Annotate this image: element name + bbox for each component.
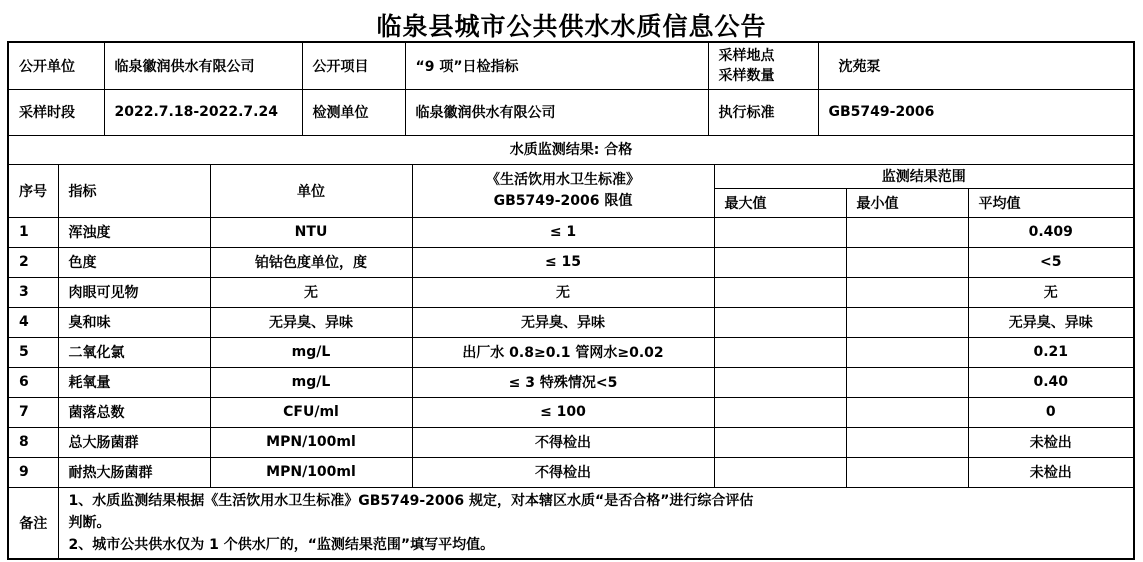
cell-avg: 未检出 [968,427,1133,457]
table-row: 6 耗氧量 mg/L ≤ 3 特殊情况<5 0.40 [9,367,1133,397]
cell-max [714,397,846,427]
cell-limit: ≤ 15 [412,247,714,277]
cell-unit: MPN/100ml [210,427,412,457]
cell-indicator: 耗氧量 [58,367,210,397]
quality-table: 序号 指标 单位 《生活饮用水卫生标准》 GB5749-2006 限值 监测结果… [9,164,1133,488]
cell-min [846,217,968,247]
cell-avg: 0 [968,397,1133,427]
cell-avg: 0.40 [968,367,1133,397]
cell-no: 5 [9,337,58,367]
sampling-point-label: 采样地点 [719,46,818,66]
table-row: 5 二氧化氯 mg/L 出厂水 0.8≥0.1 管网水≥0.02 0.21 [9,337,1133,367]
notes-content: 1、水质监测结果根据《生活饮用水卫生标准》GB5749-2006 规定，对本辖区… [58,488,1133,558]
cell-min [846,277,968,307]
cell-min [846,397,968,427]
cell-avg: 无 [968,277,1133,307]
cell-no: 8 [9,427,58,457]
cell-limit: 不得检出 [412,457,714,487]
info-table: 公开单位 临泉徽润供水有限公司 公开项目 “9 项”日检指标 采样地点 采样数量… [9,43,1133,136]
cell-no: 9 [9,457,58,487]
cell-unit: NTU [210,217,412,247]
sampling-value: 沈苑泵 [818,43,1133,89]
cell-avg: 0.409 [968,217,1133,247]
table-row: 1 浑浊度 NTU ≤ 1 0.409 [9,217,1133,247]
info-row-2: 采样时段 2022.7.18-2022.7.24 检测单位 临泉徽润供水有限公司… [9,89,1133,135]
table-row: 9 耐热大肠菌群 MPN/100ml 不得检出 未检出 [9,457,1133,487]
period-value: 2022.7.18-2022.7.24 [104,89,302,135]
sampling-label: 采样地点 采样数量 [708,43,818,89]
page-title: 临泉县城市公共供水水质信息公告 [0,0,1143,41]
cell-limit: 出厂水 0.8≥0.1 管网水≥0.02 [412,337,714,367]
cell-avg: 未检出 [968,457,1133,487]
table-row: 2 色度 铂钴色度单位，度 ≤ 15 <5 [9,247,1133,277]
standard-value: GB5749-2006 [818,89,1133,135]
sampling-count-label: 采样数量 [719,66,818,86]
header-standard-limit: 《生活饮用水卫生标准》 GB5749-2006 限值 [412,164,714,217]
note-line: 判断。 [69,512,1134,534]
cell-unit: 无异臭、异味 [210,307,412,337]
cell-unit: mg/L [210,367,412,397]
cell-max [714,307,846,337]
cell-no: 2 [9,247,58,277]
cell-min [846,337,968,367]
header-range-group: 监测结果范围 [714,164,1133,188]
cell-avg: 无异臭、异味 [968,307,1133,337]
cell-limit: ≤ 100 [412,397,714,427]
cell-avg: <5 [968,247,1133,277]
cell-unit: CFU/ml [210,397,412,427]
cell-min [846,457,968,487]
cell-limit: 无异臭、异味 [412,307,714,337]
standard-label: 执行标准 [708,89,818,135]
result-banner: 水质监测结果: 合格 [9,136,1133,164]
cell-indicator: 臭和味 [58,307,210,337]
cell-indicator: 二氧化氯 [58,337,210,367]
cell-limit: ≤ 1 [412,217,714,247]
cell-max [714,217,846,247]
cell-no: 1 [9,217,58,247]
announcement-frame: 公开单位 临泉徽润供水有限公司 公开项目 “9 项”日检指标 采样地点 采样数量… [7,41,1135,560]
cell-avg: 0.21 [968,337,1133,367]
cell-no: 6 [9,367,58,397]
cell-unit: mg/L [210,337,412,367]
header-no: 序号 [9,164,58,217]
cell-limit: 不得检出 [412,427,714,457]
notes-table: 备注 1、水质监测结果根据《生活饮用水卫生标准》GB5749-2006 规定，对… [9,488,1133,558]
header-row-top: 序号 指标 单位 《生活饮用水卫生标准》 GB5749-2006 限值 监测结果… [9,164,1133,188]
cell-max [714,277,846,307]
cell-indicator: 菌落总数 [58,397,210,427]
table-row: 4 臭和味 无异臭、异味 无异臭、异味 无异臭、异味 [9,307,1133,337]
cell-indicator: 浑浊度 [58,217,210,247]
header-unit: 单位 [210,164,412,217]
open-unit-label: 公开单位 [9,43,104,89]
cell-max [714,337,846,367]
test-unit-value: 临泉徽润供水有限公司 [405,89,708,135]
cell-max [714,427,846,457]
note-line: 1、水质监测结果根据《生活饮用水卫生标准》GB5749-2006 规定，对本辖区… [69,490,1134,512]
cell-min [846,247,968,277]
cell-unit: 铂钴色度单位，度 [210,247,412,277]
info-row-1: 公开单位 临泉徽润供水有限公司 公开项目 “9 项”日检指标 采样地点 采样数量… [9,43,1133,89]
cell-unit: 无 [210,277,412,307]
cell-min [846,307,968,337]
open-project-label: 公开项目 [302,43,405,89]
table-row: 7 菌落总数 CFU/ml ≤ 100 0 [9,397,1133,427]
cell-limit: 无 [412,277,714,307]
cell-no: 3 [9,277,58,307]
note-line: 2、城市公共供水仅为 1 个供水厂的，“监测结果范围”填写平均值。 [69,534,1134,556]
cell-indicator: 耐热大肠菌群 [58,457,210,487]
cell-indicator: 色度 [58,247,210,277]
cell-min [846,367,968,397]
header-standard-limit-line1: 《生活饮用水卫生标准》 [413,170,714,191]
cell-max [714,247,846,277]
period-label: 采样时段 [9,89,104,135]
cell-no: 7 [9,397,58,427]
open-project-value: “9 项”日检指标 [405,43,708,89]
cell-unit: MPN/100ml [210,457,412,487]
cell-max [714,457,846,487]
cell-indicator: 肉眼可见物 [58,277,210,307]
header-min: 最小值 [846,188,968,217]
header-standard-limit-line2: GB5749-2006 限值 [413,191,714,212]
cell-min [846,427,968,457]
cell-indicator: 总大肠菌群 [58,427,210,457]
notes-label: 备注 [9,488,58,558]
notes-row: 备注 1、水质监测结果根据《生活饮用水卫生标准》GB5749-2006 规定，对… [9,488,1133,558]
header-max: 最大值 [714,188,846,217]
table-row: 8 总大肠菌群 MPN/100ml 不得检出 未检出 [9,427,1133,457]
cell-limit: ≤ 3 特殊情况<5 [412,367,714,397]
open-unit-value: 临泉徽润供水有限公司 [104,43,302,89]
cell-max [714,367,846,397]
header-avg: 平均值 [968,188,1133,217]
header-indicator: 指标 [58,164,210,217]
test-unit-label: 检测单位 [302,89,405,135]
cell-no: 4 [9,307,58,337]
table-row: 3 肉眼可见物 无 无 无 [9,277,1133,307]
